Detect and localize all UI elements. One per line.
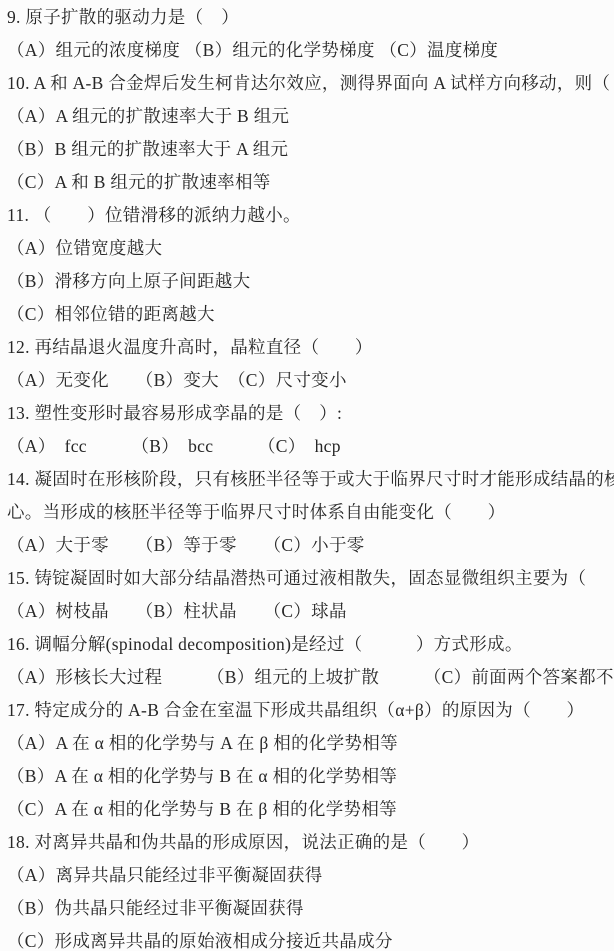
question-18: 18. 对离异共晶和伪共晶的形成原因，说法正确的是（ ） （A）离异共晶只能经过…: [7, 825, 614, 951]
question-11-stem: 11. （ ）位错滑移的派纳力越小。: [7, 198, 614, 231]
question-10-option-c: （C）A 和 B 组元的扩散速率相等: [7, 165, 614, 198]
question-13-stem: 13. 塑性变形时最容易形成孪晶的是（ ）:: [7, 396, 614, 429]
question-10-option-a: （A）A 组元的扩散速率大于 B 组元: [7, 99, 614, 132]
question-17-option-a: （A）A 在 α 相的化学势与 A 在 β 相的化学势相等: [7, 726, 614, 759]
question-15: 15. 铸锭凝固时如大部分结晶潜热可通过液相散失，固态显微组织主要为（ ） （A…: [7, 561, 614, 627]
question-17: 17. 特定成分的 A-B 合金在室温下形成共晶组织（α+β）的原因为（ ） （…: [7, 693, 614, 825]
question-11: 11. （ ）位错滑移的派纳力越小。 （A）位错宽度越大 （B）滑移方向上原子间…: [7, 198, 614, 330]
question-9-stem: 9. 原子扩散的驱动力是（ ）: [7, 0, 614, 33]
question-18-stem: 18. 对离异共晶和伪共晶的形成原因，说法正确的是（ ）: [7, 825, 614, 858]
question-17-option-b: （B）A 在 α 相的化学势与 B 在 α 相的化学势相等: [7, 759, 614, 792]
question-18-option-c: （C）形成离异共晶的原始液相成分接近共晶成分: [7, 924, 614, 951]
question-15-options: （A）树枝晶 （B）柱状晶 （C）球晶: [7, 594, 614, 627]
question-17-stem: 17. 特定成分的 A-B 合金在室温下形成共晶组织（α+β）的原因为（ ）: [7, 693, 614, 726]
question-16-stem: 16. 调幅分解(spinodal decomposition)是经过（ ）方式…: [7, 627, 614, 660]
question-11-option-a: （A）位错宽度越大: [7, 231, 614, 264]
question-16-options: （A）形核长大过程 （B）组元的上坡扩散 （C）前面两个答案都不: [7, 660, 614, 693]
question-15-stem: 15. 铸锭凝固时如大部分结晶潜热可通过液相散失，固态显微组织主要为（ ）: [7, 561, 614, 594]
question-18-option-a: （A）离异共晶只能经过非平衡凝固获得: [7, 858, 614, 891]
question-10-option-b: （B）B 组元的扩散速率大于 A 组元: [7, 132, 614, 165]
question-9: 9. 原子扩散的驱动力是（ ） （A）组元的浓度梯度 （B）组元的化学势梯度 （…: [7, 0, 614, 66]
question-12-stem: 12. 再结晶退火温度升高时，晶粒直径（ ）: [7, 330, 614, 363]
question-13: 13. 塑性变形时最容易形成孪晶的是（ ）: （A） fcc （B） bcc （…: [7, 396, 614, 462]
question-12-options: （A）无变化 （B）变大 （C）尺寸变小: [7, 363, 614, 396]
question-16: 16. 调幅分解(spinodal decomposition)是经过（ ）方式…: [7, 627, 614, 693]
question-17-option-c: （C）A 在 α 相的化学势与 B 在 β 相的化学势相等: [7, 792, 614, 825]
question-14-stem-line-2: 心。当形成的核胚半径等于临界尺寸时体系自由能变化（ ）: [7, 495, 614, 528]
question-12: 12. 再结晶退火温度升高时，晶粒直径（ ） （A）无变化 （B）变大 （C）尺…: [7, 330, 614, 396]
question-11-option-b: （B）滑移方向上原子间距越大: [7, 264, 614, 297]
question-18-option-b: （B）伪共晶只能经过非平衡凝固获得: [7, 891, 614, 924]
question-10: 10. A 和 A-B 合金焊后发生柯肯达尔效应，测得界面向 A 试样方向移动，…: [7, 66, 614, 198]
question-10-stem: 10. A 和 A-B 合金焊后发生柯肯达尔效应，测得界面向 A 试样方向移动，…: [7, 66, 614, 99]
exam-page: 9. 原子扩散的驱动力是（ ） （A）组元的浓度梯度 （B）组元的化学势梯度 （…: [0, 0, 614, 951]
question-9-options: （A）组元的浓度梯度 （B）组元的化学势梯度 （C）温度梯度: [7, 33, 614, 66]
question-14-stem-line-1: 14. 凝固时在形核阶段，只有核胚半径等于或大于临界尺寸时才能形成结晶的核: [7, 462, 614, 495]
question-11-option-c: （C）相邻位错的距离越大: [7, 297, 614, 330]
question-14: 14. 凝固时在形核阶段，只有核胚半径等于或大于临界尺寸时才能形成结晶的核 心。…: [7, 462, 614, 561]
question-14-options: （A）大于零 （B）等于零 （C）小于零: [7, 528, 614, 561]
question-13-options: （A） fcc （B） bcc （C） hcp: [7, 429, 614, 462]
